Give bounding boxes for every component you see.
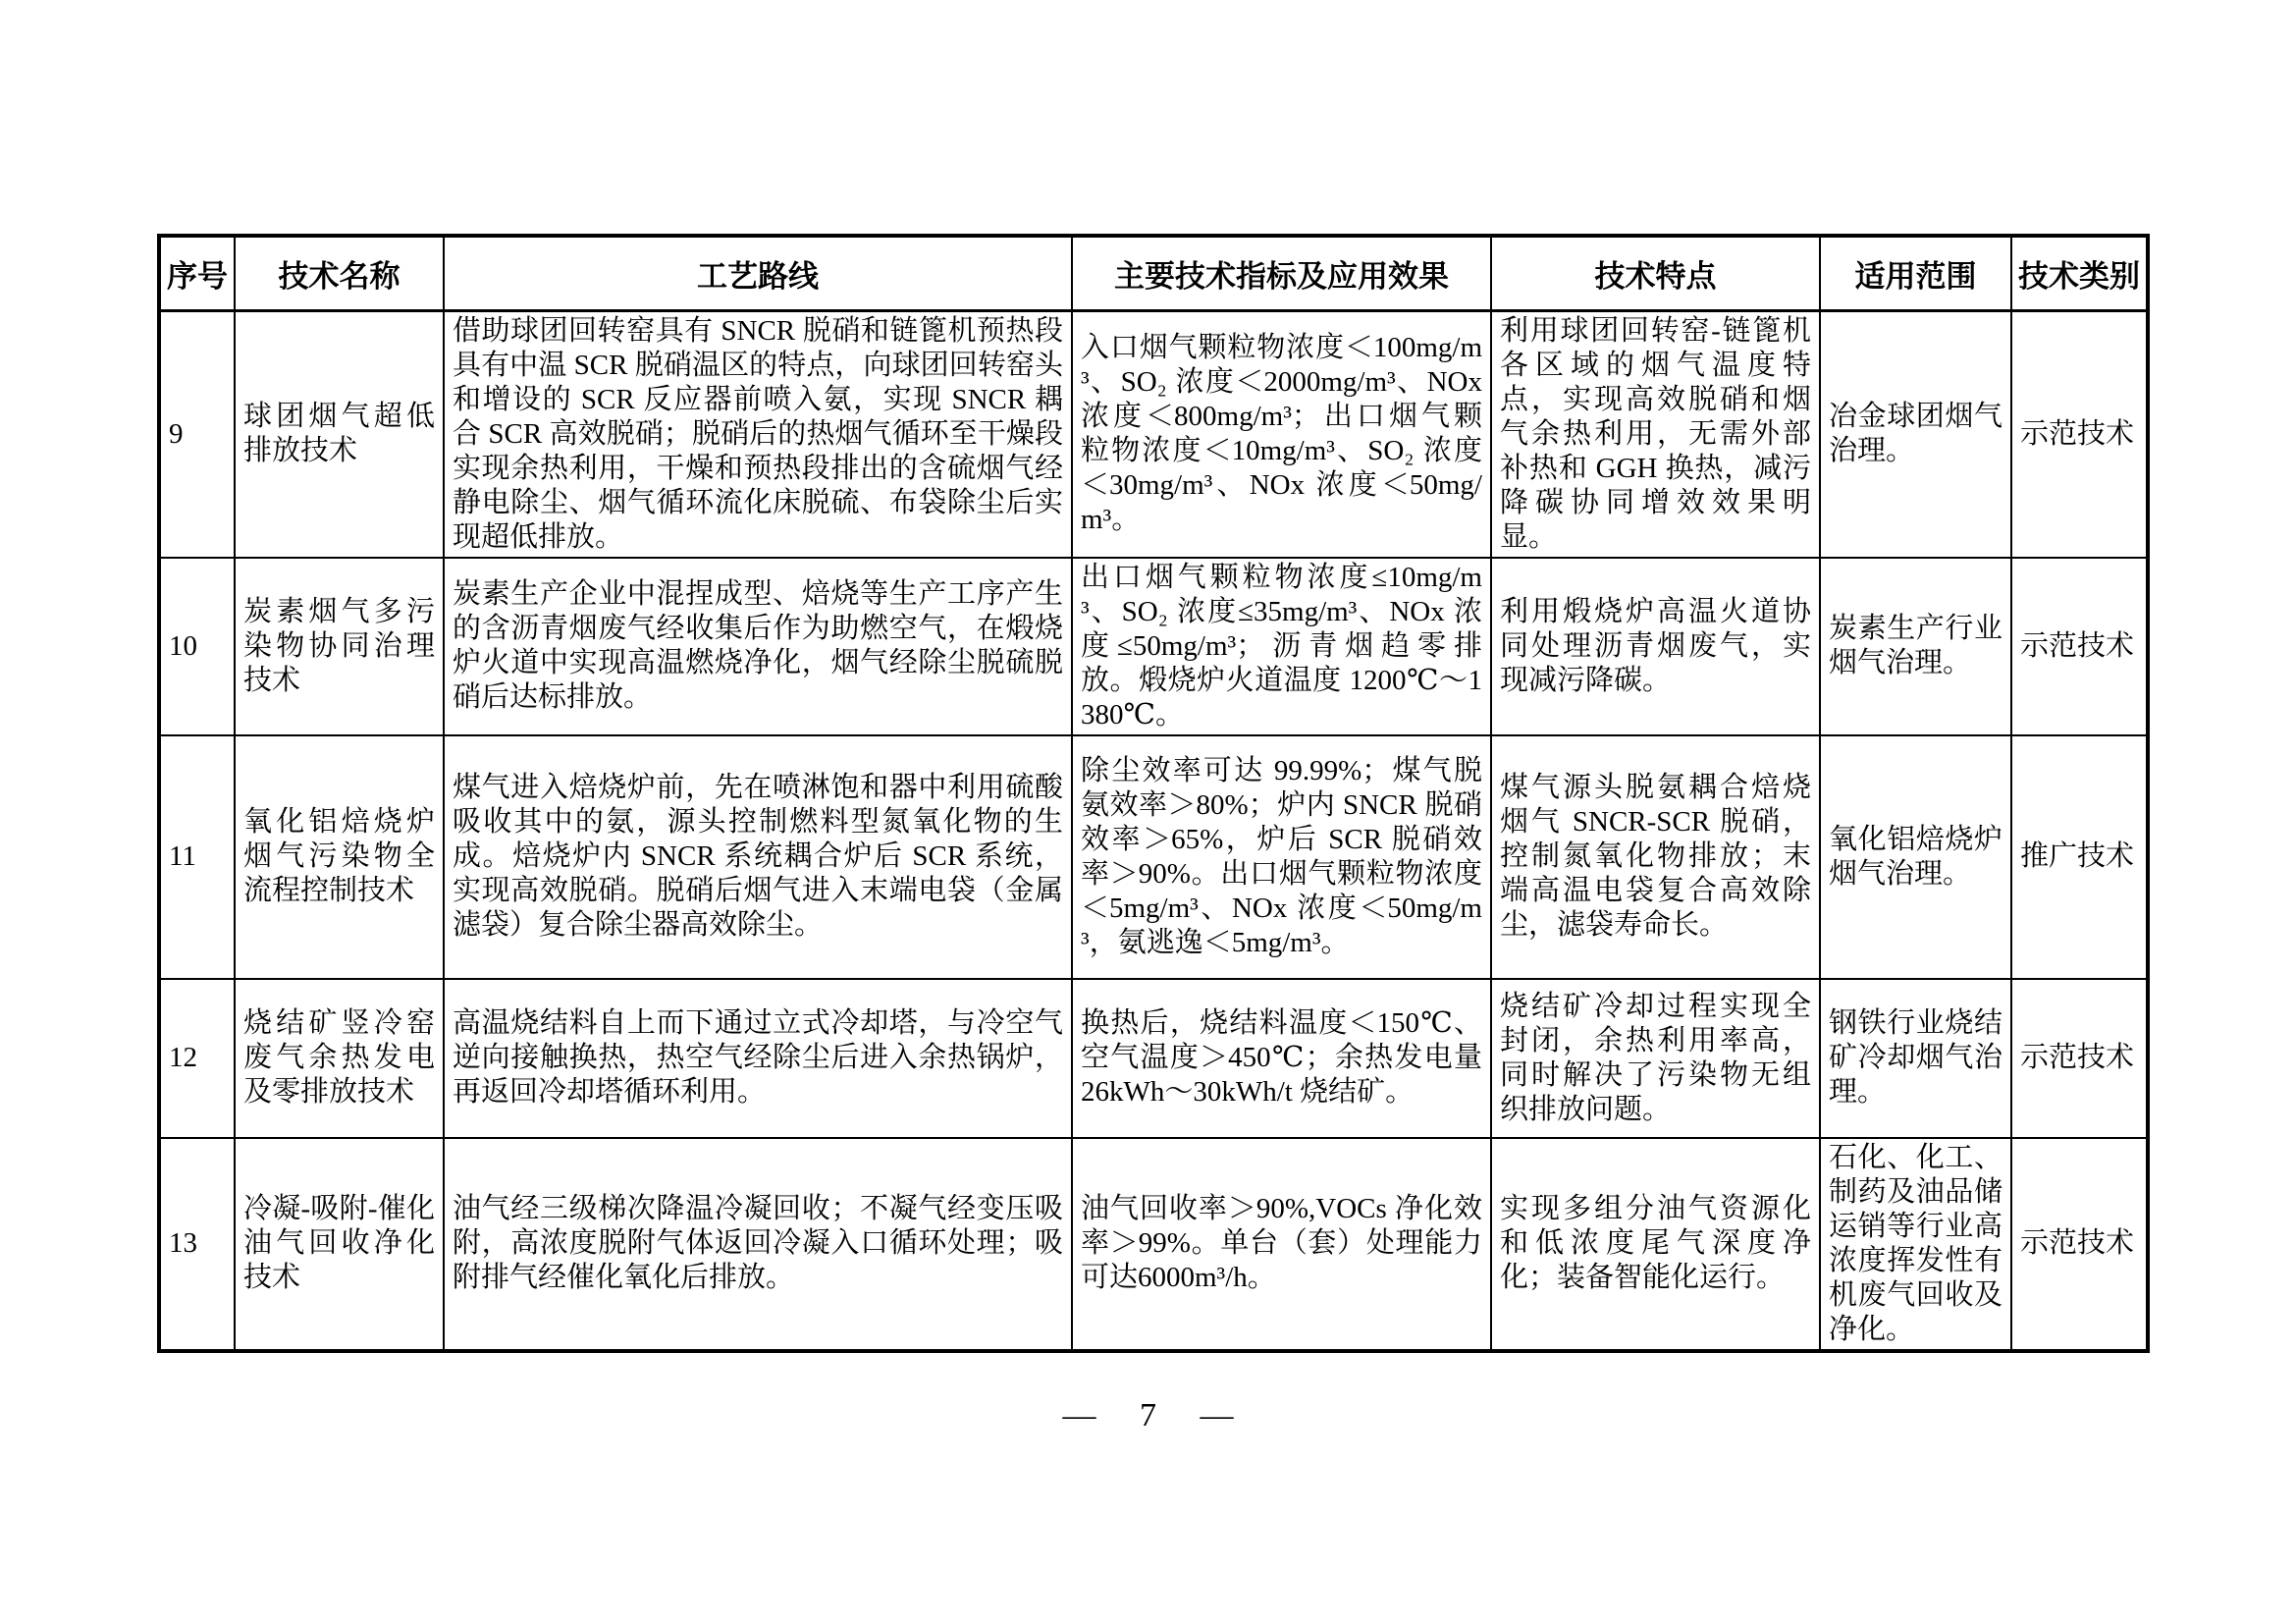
table-row: 11 氧化铝焙烧炉烟气污染物全流程控制技术 煤气进入焙烧炉前，先在喷淋饱和器中利… bbox=[159, 735, 2148, 979]
cell-scope: 钢铁行业烧结矿冷却烟气治理。 bbox=[1820, 979, 2011, 1138]
cell-process-route: 借助球团回转窑具有 SNCR 脱硝和链篦机预热段具有中温 SCR 脱硝温区的特点… bbox=[444, 310, 1072, 558]
header-process-route: 工艺路线 bbox=[444, 236, 1072, 310]
cell-indicators: 油气回收率＞90%,VOCs 净化效率＞99%。单台（套）处理能力可达6000m… bbox=[1072, 1138, 1491, 1351]
header-features: 技术特点 bbox=[1491, 236, 1820, 310]
cell-indicators: 入口烟气颗粒物浓度＜100mg/m³、SO₂ 浓度＜2000mg/m³、NOx … bbox=[1072, 310, 1491, 558]
header-indicators: 主要技术指标及应用效果 bbox=[1072, 236, 1491, 310]
cell-category: 示范技术 bbox=[2011, 1138, 2148, 1351]
cell-tech-name: 炭素烟气多污染物协同治理技术 bbox=[235, 558, 444, 735]
cell-features: 烧结矿冷却过程实现全封闭，余热利用率高，同时解决了污染物无组织排放问题。 bbox=[1491, 979, 1820, 1138]
technology-table: 序号 技术名称 工艺路线 主要技术指标及应用效果 技术特点 适用范围 技术类别 … bbox=[157, 234, 2150, 1353]
header-scope: 适用范围 bbox=[1820, 236, 2011, 310]
cell-features: 利用球团回转窑-链篦机各区域的烟气温度特点，实现高效脱硝和烟气余热利用，无需外部… bbox=[1491, 310, 1820, 558]
cell-features: 实现多组分油气资源化和低浓度尾气深度净化；装备智能化运行。 bbox=[1491, 1138, 1820, 1351]
page-footer: — 7 — bbox=[0, 1396, 2296, 1435]
cell-indicators: 换热后，烧结料温度＜150℃、空气温度＞450℃；余热发电量26kWh～30kW… bbox=[1072, 979, 1491, 1138]
document-page: 序号 技术名称 工艺路线 主要技术指标及应用效果 技术特点 适用范围 技术类别 … bbox=[0, 0, 2296, 1624]
cell-tech-name: 球团烟气超低排放技术 bbox=[235, 310, 444, 558]
cell-seq: 13 bbox=[159, 1138, 235, 1351]
cell-seq: 12 bbox=[159, 979, 235, 1138]
cell-tech-name: 氧化铝焙烧炉烟气污染物全流程控制技术 bbox=[235, 735, 444, 979]
table-row: 13 冷凝-吸附-催化油气回收净化技术 油气经三级梯次降温冷凝回收；不凝气经变压… bbox=[159, 1138, 2148, 1351]
cell-process-route: 炭素生产企业中混捏成型、焙烧等生产工序产生的含沥青烟废气经收集后作为助燃空气，在… bbox=[444, 558, 1072, 735]
cell-scope: 石化、化工、制药及油品储运销等行业高浓度挥发性有机废气回收及净化。 bbox=[1820, 1138, 2011, 1351]
cell-process-route: 煤气进入焙烧炉前，先在喷淋饱和器中利用硫酸吸收其中的氨，源头控制燃料型氮氧化物的… bbox=[444, 735, 1072, 979]
cell-category: 示范技术 bbox=[2011, 979, 2148, 1138]
cell-indicators: 除尘效率可达 99.99%；煤气脱氨效率＞80%；炉内 SNCR 脱硝效率＞65… bbox=[1072, 735, 1491, 979]
table-row: 9 球团烟气超低排放技术 借助球团回转窑具有 SNCR 脱硝和链篦机预热段具有中… bbox=[159, 310, 2148, 558]
cell-tech-name: 烧结矿竖冷窑废气余热发电及零排放技术 bbox=[235, 979, 444, 1138]
cell-scope: 冶金球团烟气治理。 bbox=[1820, 310, 2011, 558]
cell-scope: 氧化铝焙烧炉烟气治理。 bbox=[1820, 735, 2011, 979]
table-row: 12 烧结矿竖冷窑废气余热发电及零排放技术 高温烧结料自上而下通过立式冷却塔，与… bbox=[159, 979, 2148, 1138]
header-tech-name: 技术名称 bbox=[235, 236, 444, 310]
footer-left-dash: — bbox=[1063, 1396, 1096, 1435]
cell-category: 示范技术 bbox=[2011, 558, 2148, 735]
footer-right-dash: — bbox=[1201, 1396, 1234, 1435]
cell-category: 推广技术 bbox=[2011, 735, 2148, 979]
cell-category: 示范技术 bbox=[2011, 310, 2148, 558]
cell-features: 煤气源头脱氨耦合焙烧烟气 SNCR-SCR 脱硝，控制氮氧化物排放；末端高温电袋… bbox=[1491, 735, 1820, 979]
table-header-row: 序号 技术名称 工艺路线 主要技术指标及应用效果 技术特点 适用范围 技术类别 bbox=[159, 236, 2148, 310]
cell-seq: 10 bbox=[159, 558, 235, 735]
header-seq: 序号 bbox=[159, 236, 235, 310]
cell-process-route: 高温烧结料自上而下通过立式冷却塔，与冷空气逆向接触换热，热空气经除尘后进入余热锅… bbox=[444, 979, 1072, 1138]
header-category: 技术类别 bbox=[2011, 236, 2148, 310]
cell-seq: 9 bbox=[159, 310, 235, 558]
page-number: 7 bbox=[1140, 1396, 1156, 1435]
cell-features: 利用煅烧炉高温火道协同处理沥青烟废气，实现减污降碳。 bbox=[1491, 558, 1820, 735]
cell-indicators: 出口烟气颗粒物浓度≤10mg/m³、SO₂ 浓度≤35mg/m³、NOx 浓度≤… bbox=[1072, 558, 1491, 735]
cell-tech-name: 冷凝-吸附-催化油气回收净化技术 bbox=[235, 1138, 444, 1351]
table-row: 10 炭素烟气多污染物协同治理技术 炭素生产企业中混捏成型、焙烧等生产工序产生的… bbox=[159, 558, 2148, 735]
cell-seq: 11 bbox=[159, 735, 235, 979]
cell-scope: 炭素生产行业烟气治理。 bbox=[1820, 558, 2011, 735]
cell-process-route: 油气经三级梯次降温冷凝回收；不凝气经变压吸附，高浓度脱附气体返回冷凝入口循环处理… bbox=[444, 1138, 1072, 1351]
